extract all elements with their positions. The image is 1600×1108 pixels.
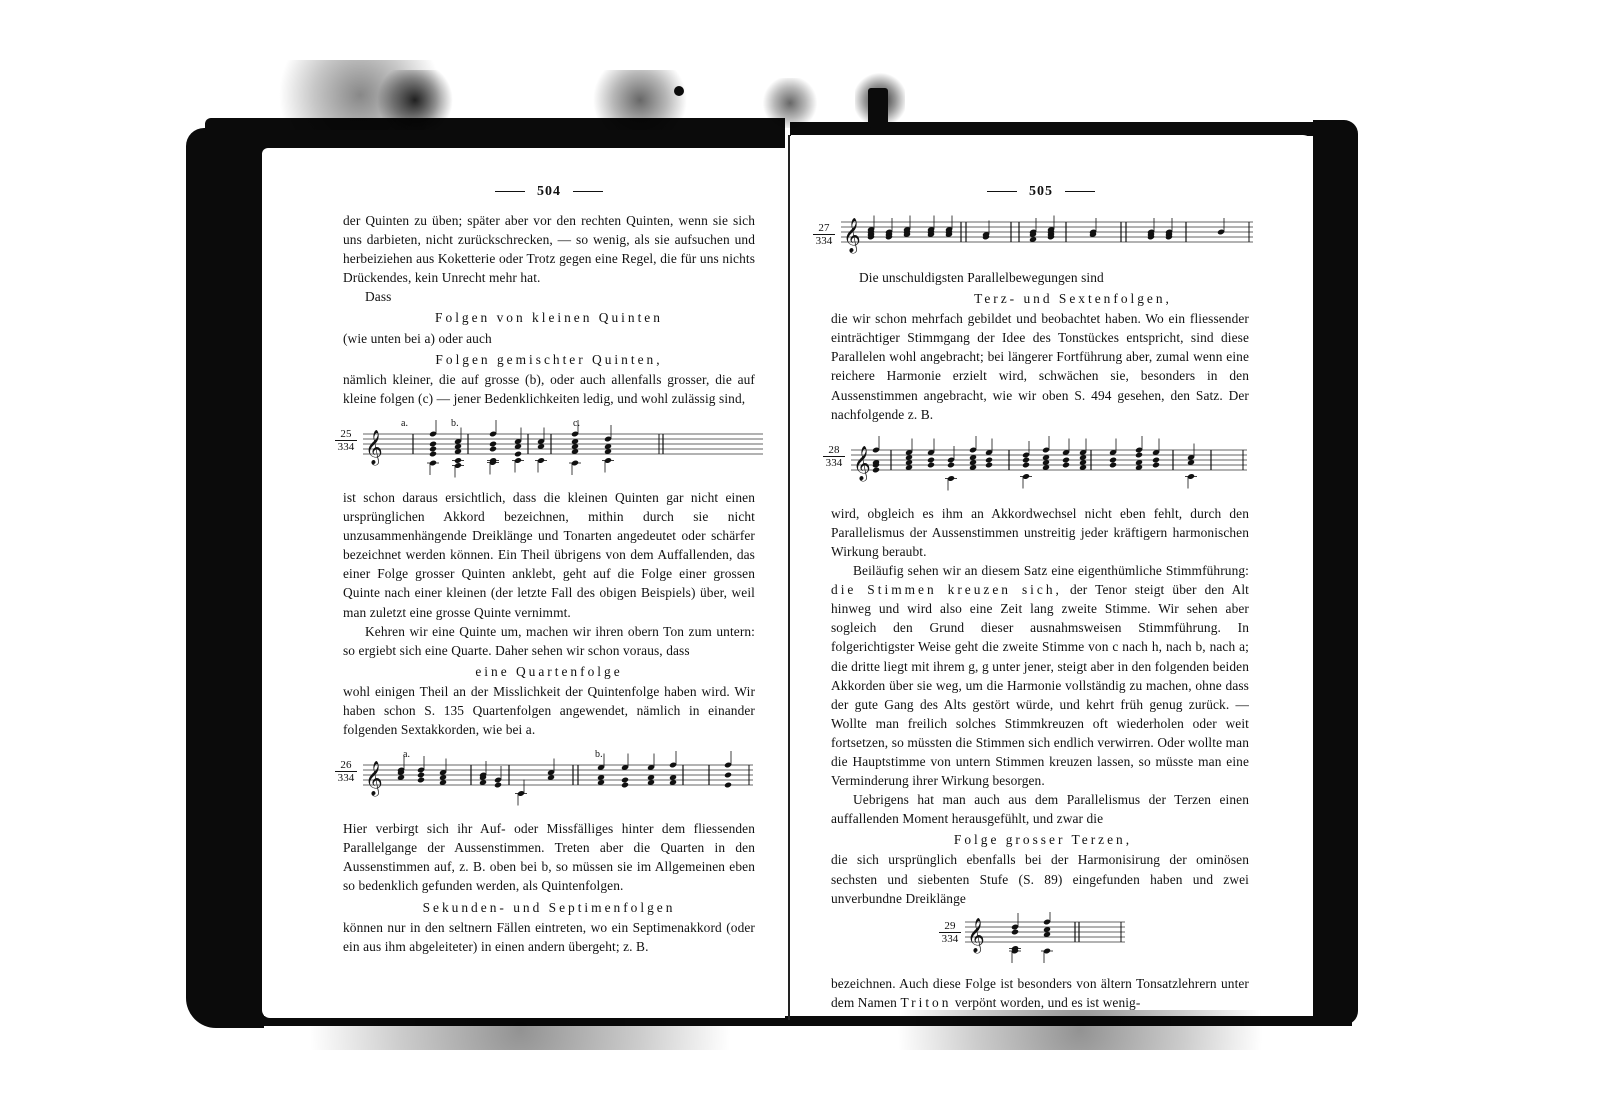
svg-text:𝄞: 𝄞 (967, 918, 985, 954)
paragraph: ist schon daraus ersichtlich, dass die k… (343, 488, 755, 622)
section-heading: Sekunden- und Septimenfolgen (343, 898, 755, 917)
stain (370, 70, 460, 130)
music-staff: 𝄞 (841, 208, 1253, 264)
svg-text:b.: b. (451, 418, 459, 429)
paragraph: der Quinten zu üben; später aber vor den… (343, 211, 755, 287)
section-heading: Folgen gemischter Quinten, (343, 350, 755, 369)
music-example-26: 26334 𝄞a.b. (343, 743, 755, 815)
page-number-text: 504 (537, 184, 561, 199)
stain (820, 1010, 1340, 1050)
svg-text:𝄞: 𝄞 (853, 446, 871, 482)
paragraph: wird, obgleich es ihm an Akkordwechsel n… (831, 504, 1249, 561)
paragraph: wohl einigen Theil an der Misslichkeit d… (343, 682, 755, 739)
emphasized-text: die Stimmen kreuzen sich, (831, 582, 1062, 597)
svg-text:a.: a. (403, 749, 410, 760)
left-page-text: der Quinten zu üben; später aber vor den… (343, 211, 755, 956)
paragraph: die sich ursprünglich ebenfalls bei der … (831, 850, 1249, 907)
svg-text:𝄞: 𝄞 (843, 218, 861, 254)
emphasized-text: Triton (900, 995, 951, 1010)
svg-text:b.: b. (595, 749, 603, 760)
music-example-29: 29334 𝄞 (837, 912, 1249, 970)
example-number: 25334 (335, 428, 357, 453)
section-heading: Folge grosser Terzen, (837, 830, 1249, 849)
paragraph: (wie unten bei a) oder auch (343, 329, 755, 348)
paragraph: Hier verbirgt sich ihr Auf- oder Missfäl… (343, 819, 755, 895)
paragraph: Kehren wir eine Quinte um, machen wir ih… (343, 622, 755, 660)
paragraph: bezeichnen. Auch diese Folge ist besonde… (831, 974, 1249, 1012)
paragraph: Dass (343, 287, 755, 306)
svg-text:𝄞: 𝄞 (365, 430, 383, 466)
stain (760, 78, 820, 128)
paragraph: Die unschuldigsten Parallelbewegungen si… (837, 268, 1249, 287)
svg-text:a.: a. (401, 418, 408, 429)
paragraph: die wir schon mehrfach gebildet und beob… (831, 309, 1249, 424)
music-example-27: 27334 𝄞 (837, 208, 1249, 264)
paragraph: nämlich kleiner, die auf grosse (b), ode… (343, 370, 755, 408)
book-cover-left (186, 128, 264, 1028)
example-number: 28334 (823, 444, 845, 469)
book-gutter (788, 135, 790, 1020)
paragraph: können nur in den seltnern Fällen eintre… (343, 918, 755, 956)
svg-text:c.: c. (573, 418, 580, 429)
book-cover-right (1313, 120, 1358, 1025)
book-scan (0, 0, 1600, 1108)
music-example-28: 28334 𝄞 (837, 428, 1249, 500)
spine-drip (674, 86, 684, 96)
example-number: 27334 (813, 222, 835, 247)
stain (580, 70, 700, 130)
music-example-25: 25334 𝄞a.b.c. (343, 412, 755, 484)
music-staff: 𝄞 (965, 912, 1125, 970)
section-heading: Folgen von kleinen Quinten (343, 308, 755, 327)
text-span: Beiläufig sehen wir an diesem Satz eine … (853, 563, 1249, 578)
example-number: 29334 (939, 920, 961, 945)
svg-text:𝄞: 𝄞 (365, 761, 383, 797)
music-staff: 𝄞a.b.c. (363, 412, 763, 484)
text-span: der Tenor steigt über den Alt hinweg und… (831, 582, 1249, 788)
section-heading: Terz- und Sextenfolgen, (837, 289, 1249, 308)
section-heading: eine Quartenfolge (343, 662, 755, 681)
music-staff: 𝄞 (851, 428, 1251, 500)
paragraph: Beiläufig sehen wir an diesem Satz eine … (831, 561, 1249, 790)
example-number: 26334 (335, 759, 357, 784)
page-number-text: 505 (1029, 184, 1053, 199)
paragraph: Uebrigens hat man auch aus dem Paralleli… (831, 790, 1249, 828)
spine-tab (868, 88, 888, 128)
right-page-text: 27334 𝄞 Die unschuldigsten Parallelbeweg… (837, 208, 1249, 1012)
page-number-left: 504 (483, 184, 615, 200)
music-staff: 𝄞a.b. (363, 743, 763, 815)
page-number-right: 505 (975, 184, 1107, 200)
text-span: verpönt worden, und es ist wenig- (955, 995, 1141, 1010)
